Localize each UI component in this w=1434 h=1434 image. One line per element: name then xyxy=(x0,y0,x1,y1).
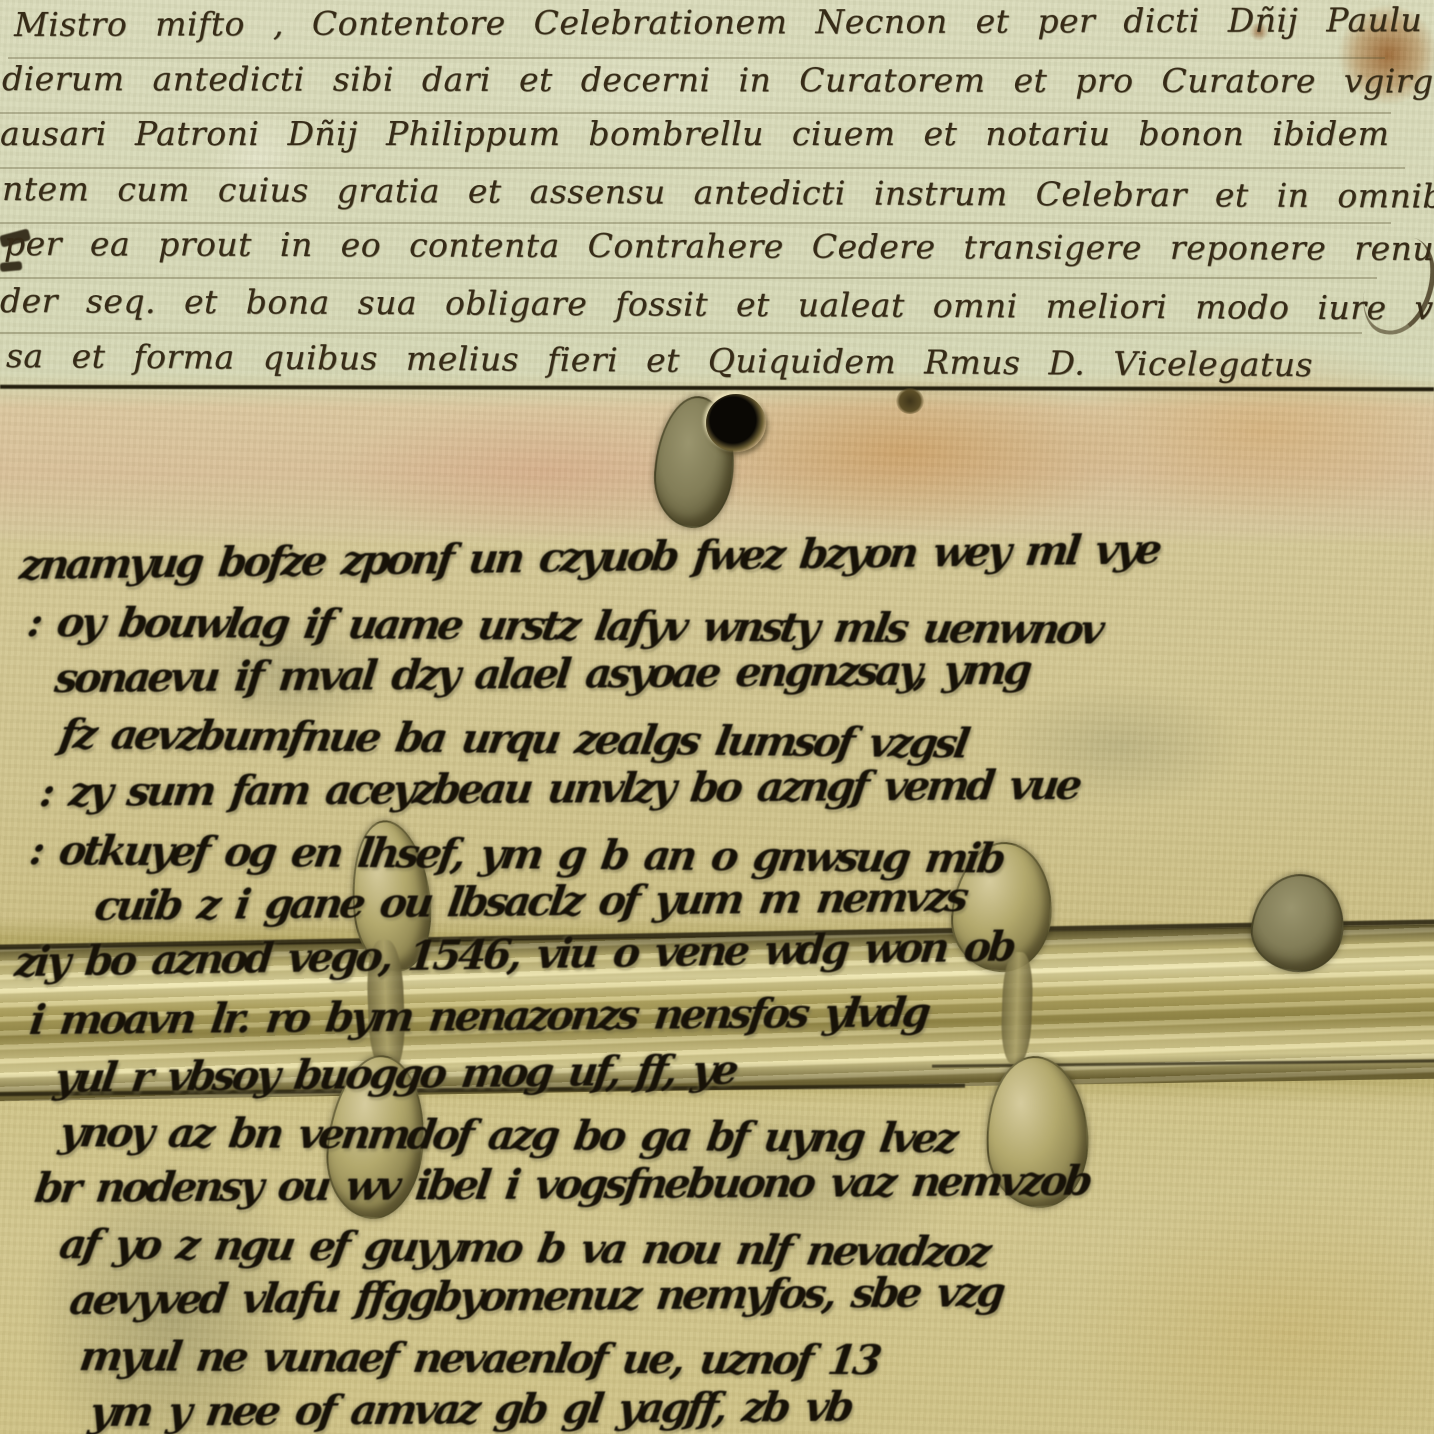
ruled-line xyxy=(0,332,1362,334)
cursive-line-13: af yo z ngu ef guyymo b va nou nlf nevad… xyxy=(57,1224,991,1273)
cursive-line-15: myul ne vunaef nevaenlof ue, uznof 13 xyxy=(77,1336,881,1381)
latin-line-6: der seq. et bona sua obligare fossit et … xyxy=(0,284,1434,325)
manuscript-photo: Mistro mifto , Contentore Celebrationem … xyxy=(0,0,1434,1434)
ruled-line xyxy=(0,222,1391,224)
cursive-line-6: : otkuyef og en lhsef, ym g b an o gnwsu… xyxy=(27,830,1005,879)
cursive-line-14: aevyved vlafu ffggbyomenuz nemyfos, sbe … xyxy=(67,1272,1004,1321)
stitch-hole-small xyxy=(896,388,924,414)
cursive-line-5: : zy sum fam aceyzbeau unvlzy bo azngf v… xyxy=(37,765,1081,813)
ruled-line xyxy=(0,167,1405,169)
latin-line-2: dierum antedicti sibi dari et decerni in… xyxy=(2,62,1434,98)
cursive-line-10: yul r vbsoy buoggo mog uf, ff, ye xyxy=(52,1050,738,1099)
stitch-hole-large xyxy=(706,394,766,452)
cursive-line-4: fz aevzbumfnue ba urqu zealgs lumsof vzg… xyxy=(57,714,970,764)
latin-line-5: per ea prout in eo contenta Contrahere C… xyxy=(4,227,1434,265)
cursive-line-16: ym y nee of amvaz gb gl yagff, zb vb xyxy=(87,1387,854,1433)
latin-line-7: sa et forma quibus melius fieri et Quiqu… xyxy=(6,339,1313,381)
latin-line-4: ntem cum cuius gratia et assensu antedic… xyxy=(2,172,1434,213)
latin-line-3: ausari Patroni Dñij Philippum bombrellu … xyxy=(0,117,1389,150)
cursive-line-12: br nodensy ou wv ibel i vogsfnebuono vaz… xyxy=(32,1161,1092,1209)
latin-line-1: Mistro mifto , Contentore Celebrationem … xyxy=(14,3,1422,41)
cursive-line-7: cuib z i gane ou lbsaclz of yum m nemvzs xyxy=(92,877,968,927)
cursive-line-2: : oy bouwlag if uame urstz lafyv wnsty m… xyxy=(25,602,1105,650)
cursive-line-9: i moavn lr. ro bym nenazonzs nensfos ylv… xyxy=(27,992,930,1041)
cursive-line-3: sonaevu if mval dzy alael asyoae engnzsa… xyxy=(53,649,1032,699)
ruled-line xyxy=(0,277,1377,279)
cursive-line-11: ynoy az bn venmdof azg bo ga bf uyng lve… xyxy=(57,1112,958,1159)
